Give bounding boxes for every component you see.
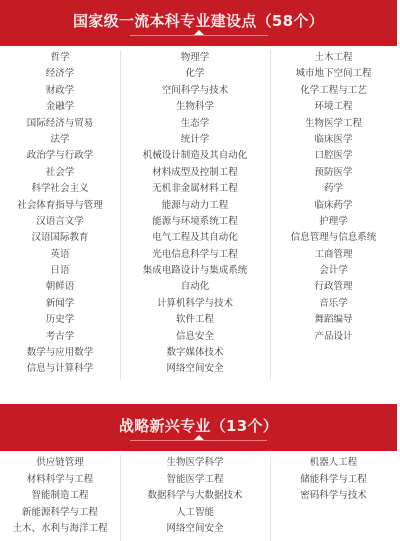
first-class-majors-grid: 哲学 经济学 财政学 金融学 国际经济与贸易 法学 政治学与行政学 社会学 科学…	[0, 50, 400, 382]
major-item: 生物科学	[120, 99, 270, 115]
major-item: 储能科学与工程	[270, 472, 397, 489]
section-title: 战略新兴专业（13个）	[119, 417, 278, 435]
major-item: 能源与环境系统工程	[120, 214, 270, 230]
major-item: 数字媒体技术	[120, 345, 270, 361]
major-item: 土木工程	[270, 50, 397, 66]
major-item: 法学	[0, 132, 120, 148]
majors-column-3: 土木工程 城市地下空间工程 化学工程与工艺 环境工程 生物医学工程 临床医学 口…	[270, 50, 397, 345]
major-item: 药学	[270, 181, 397, 197]
major-item: 临床药学	[270, 198, 397, 214]
major-item: 社会体育指导与管理	[0, 198, 120, 214]
major-item: 密码科学与技术	[270, 488, 397, 505]
major-item: 汉语国际教育	[0, 230, 120, 246]
title-underline-decoration	[130, 440, 267, 441]
majors-column-2: 物理学 化学 空间科学与技术 生物科学 生态学 统计学 机械设计制造及其自动化 …	[120, 50, 270, 378]
major-item: 供应链管理	[0, 455, 120, 472]
major-item: 生物医学工程	[270, 116, 397, 132]
section-title: 国家级一流本科专业建设点（58个）	[73, 12, 324, 30]
section-header-first-class-majors: 国家级一流本科专业建设点（58个）	[0, 0, 397, 46]
major-item: 国际经济与贸易	[0, 116, 120, 132]
major-item: 朝鲜语	[0, 279, 120, 295]
major-item: 考古学	[0, 329, 120, 345]
major-item: 智能医学工程	[120, 472, 270, 489]
major-item: 信息安全	[120, 329, 270, 345]
major-item: 统计学	[120, 132, 270, 148]
majors-column-1: 供应链管理 材料科学与工程 智能制造工程 新能源科学与工程 土木、水利与海洋工程	[0, 455, 120, 538]
major-item: 无机非金属材料工程	[120, 181, 270, 197]
major-item: 城市地下空间工程	[270, 66, 397, 82]
major-item: 空间科学与技术	[120, 83, 270, 99]
title-underline-decoration	[130, 35, 268, 36]
major-item: 产品设计	[270, 329, 397, 345]
major-item: 行政管理	[270, 279, 397, 295]
major-item: 历史学	[0, 312, 120, 328]
major-item: 会计学	[270, 263, 397, 279]
major-item: 新闻学	[0, 296, 120, 312]
major-item: 财政学	[0, 83, 120, 99]
major-item: 网络空间安全	[120, 521, 270, 538]
major-item: 自动化	[120, 279, 270, 295]
major-item: 政治学与行政学	[0, 148, 120, 164]
major-item: 材料科学与工程	[0, 472, 120, 489]
major-item: 化学	[120, 66, 270, 82]
major-item: 信息管理与信息系统	[270, 230, 397, 246]
major-item: 舞蹈编导	[270, 312, 397, 328]
major-item: 环境工程	[270, 99, 397, 115]
major-item: 智能制造工程	[0, 488, 120, 505]
major-item: 音乐学	[270, 296, 397, 312]
major-item: 计算机科学与技术	[120, 296, 270, 312]
major-item: 信息与计算科学	[0, 361, 120, 377]
major-item: 科学社会主义	[0, 181, 120, 197]
major-item: 社会学	[0, 165, 120, 181]
majors-column-1: 哲学 经济学 财政学 金融学 国际经济与贸易 法学 政治学与行政学 社会学 科学…	[0, 50, 120, 378]
major-item: 口腔医学	[270, 148, 397, 164]
emerging-majors-grid: 供应链管理 材料科学与工程 智能制造工程 新能源科学与工程 土木、水利与海洋工程…	[0, 455, 400, 541]
major-item: 化学工程与工艺	[270, 83, 397, 99]
major-item: 哲学	[0, 50, 120, 66]
major-item: 电气工程及其自动化	[120, 230, 270, 246]
major-item: 数学与应用数学	[0, 345, 120, 361]
major-item: 材料成型及控制工程	[120, 165, 270, 181]
major-item: 金融学	[0, 99, 120, 115]
major-item: 软件工程	[120, 312, 270, 328]
major-item: 人工智能	[120, 505, 270, 522]
major-item: 英语	[0, 247, 120, 263]
major-item: 护理学	[270, 214, 397, 230]
major-item: 物理学	[120, 50, 270, 66]
major-item: 集成电路设计与集成系统	[120, 263, 270, 279]
major-item: 新能源科学与工程	[0, 505, 120, 522]
major-item: 网络空间安全	[120, 361, 270, 377]
major-item: 生态学	[120, 116, 270, 132]
majors-column-2: 生物医学科学 智能医学工程 数据科学与大数据技术 人工智能 网络空间安全	[120, 455, 270, 538]
major-item: 数据科学与大数据技术	[120, 488, 270, 505]
major-item: 生物医学科学	[120, 455, 270, 472]
major-item: 经济学	[0, 66, 120, 82]
major-item: 机械设计制造及其自动化	[120, 148, 270, 164]
major-item: 土木、水利与海洋工程	[0, 521, 120, 538]
majors-column-3: 机器人工程 储能科学与工程 密码科学与技术	[270, 455, 397, 505]
major-item: 预防医学	[270, 165, 397, 181]
major-item: 光电信息科学与工程	[120, 247, 270, 263]
major-item: 工商管理	[270, 247, 397, 263]
major-item: 机器人工程	[270, 455, 397, 472]
major-item: 临床医学	[270, 132, 397, 148]
section-header-emerging-majors: 战略新兴专业（13个）	[0, 404, 397, 451]
major-item: 汉语言文学	[0, 214, 120, 230]
major-item: 能源与动力工程	[120, 198, 270, 214]
major-item: 日语	[0, 263, 120, 279]
